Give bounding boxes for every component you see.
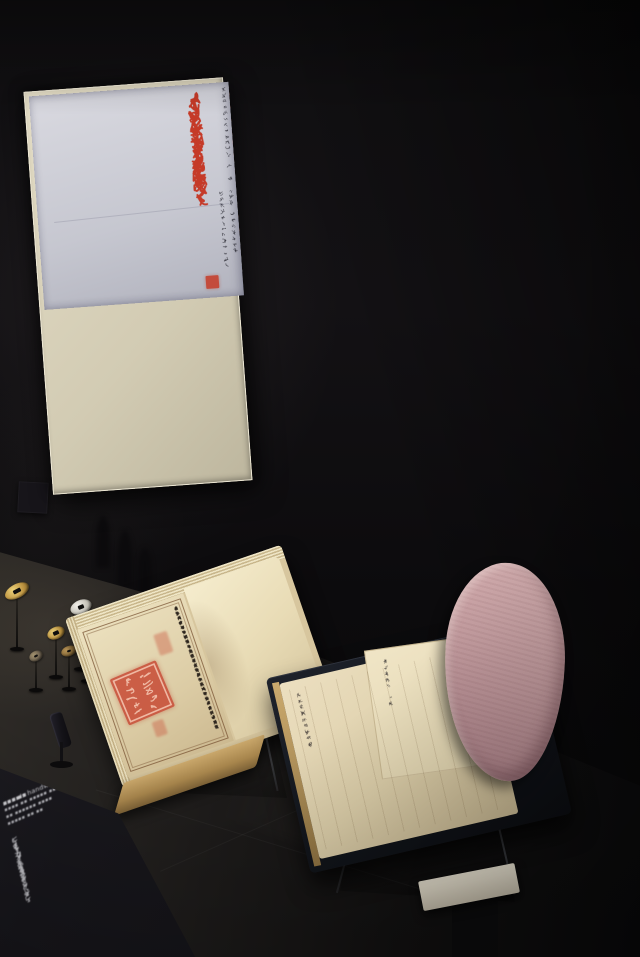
artifact-mount [48, 712, 76, 770]
coin-pin-base [10, 647, 24, 651]
coin-pin-stem [16, 591, 18, 649]
glyph-column [296, 691, 314, 748]
glyph-column [296, 691, 314, 748]
photo-stage: ▪▪▪▪'s handwriting ▪▪▪ ▪▪ ▪▪▪▪ ▪▪ ▪▪▪▪▪ … [0, 0, 640, 957]
coin-hole [34, 654, 39, 658]
glyph-column [296, 691, 314, 748]
coin-pin-base [49, 675, 63, 679]
coin-hole [13, 588, 21, 595]
stand-base-support [452, 896, 498, 957]
glyph-column [296, 691, 314, 748]
cash-coin [28, 648, 45, 663]
artifact-mount-base [50, 761, 73, 768]
glyph-column [382, 659, 393, 707]
glyph-column [18, 868, 31, 900]
coin-pin-base [62, 687, 76, 691]
coin-pin-base [29, 688, 43, 692]
coin-hole [53, 630, 59, 635]
